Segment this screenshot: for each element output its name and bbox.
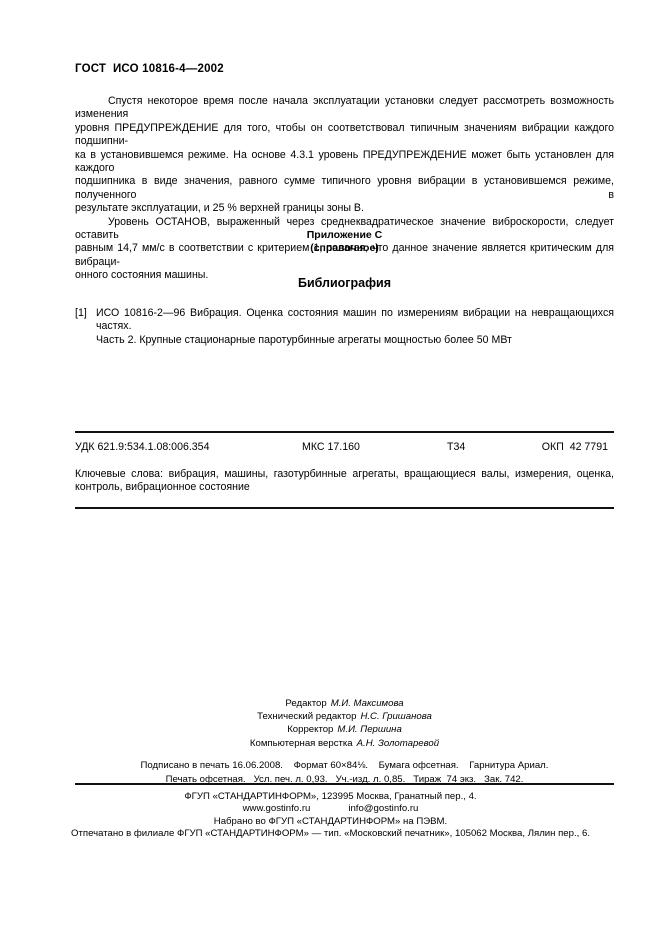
print-run-info: Подписано в печать 16.06.2008. Формат 60… <box>75 759 614 786</box>
staff-role: Технический редактор <box>257 711 356 722</box>
staff-line: Технический редакторН.С. Гришанова <box>75 710 614 723</box>
classification-row: УДК 621.9:534.1.08:006.354 МКС 17.160 Т3… <box>75 441 614 455</box>
paragraph-line: уровня ПРЕДУПРЕЖДЕНИЕ для того, чтобы он… <box>75 122 614 149</box>
paragraph: Спустя некоторое время после начала эксп… <box>75 95 614 216</box>
paragraph-line: Спустя некоторое время после начала эксп… <box>75 95 614 122</box>
editorial-staff: РедакторМ.И. Максимова Технический редак… <box>75 697 614 750</box>
publisher-address: ФГУП «СТАНДАРТИНФОРМ», 123995 Москва, Гр… <box>0 791 661 803</box>
horizontal-rule <box>75 507 614 509</box>
bibliography-line: Часть 2. Крупные стационарные паротурбин… <box>96 334 614 347</box>
appendix-title: Приложение С <box>75 229 614 242</box>
publisher-info: ФГУП «СТАНДАРТИНФОРМ», 123995 Москва, Гр… <box>0 791 661 841</box>
paragraph-line: подшипника в виде значения, равного сумм… <box>75 175 614 202</box>
paragraph-line: ка в установившемся режиме. На основе 4.… <box>75 149 614 176</box>
horizontal-rule <box>75 431 614 433</box>
staff-line: РедакторМ.И. Максимова <box>75 697 614 710</box>
keywords: Ключевые слова: вибрация, машины, газоту… <box>75 468 614 495</box>
mks-code: МКС 17.160 <box>302 441 360 453</box>
staff-role: Компьютерная верстка <box>250 738 353 749</box>
staff-name: М.И. Першина <box>337 724 401 735</box>
standard-designation: ГОСТ ИСО 10816-4—2002 <box>75 63 224 75</box>
publisher-email: info@gostinfo.ru <box>348 803 418 814</box>
okp-code: ОКП 42 7791 <box>542 441 608 453</box>
appendix-heading: Приложение С (справочное) <box>75 229 614 255</box>
bibliography-entry: [1] ИСО 10816-2—96 Вибрация. Оценка сост… <box>75 307 614 347</box>
publisher-website: www.gostinfo.ru <box>243 803 311 814</box>
publisher-printed-note: Отпечатано в филиале ФГУП «СТАНДАРТИНФОР… <box>0 828 661 840</box>
publisher-contacts: www.gostinfo.ruinfo@gostinfo.ru <box>0 803 661 815</box>
staff-name: А.Н. Золотаревой <box>357 738 439 749</box>
document-page: ГОСТ ИСО 10816-4—2002 Спустя некоторое в… <box>0 0 661 936</box>
publisher-typeset-note: Набрано во ФГУП «СТАНДАРТИНФОРМ» на ПЭВМ… <box>0 816 661 828</box>
udk-code: УДК 621.9:534.1.08:006.354 <box>75 441 209 453</box>
keywords-line: контроль, вибрационное состояние <box>75 481 614 494</box>
staff-name: Н.С. Гришанова <box>360 711 431 722</box>
staff-line: КорректорМ.И. Першина <box>75 723 614 736</box>
bibliography-heading: Библиография <box>75 276 614 290</box>
print-info-line: Подписано в печать 16.06.2008. Формат 60… <box>75 759 614 773</box>
staff-role: Корректор <box>287 724 333 735</box>
appendix-subtitle: (справочное) <box>75 242 614 255</box>
paragraph-line: результате эксплуатации, и 25 % верхней … <box>75 202 614 215</box>
bibliography-ref-text: ИСО 10816-2—96 Вибрация. Оценка состояни… <box>96 307 614 347</box>
staff-name: М.И. Максимова <box>331 698 404 709</box>
keywords-line: Ключевые слова: вибрация, машины, газоту… <box>75 468 614 481</box>
horizontal-rule <box>75 783 614 785</box>
staff-role: Редактор <box>285 698 326 709</box>
t-index: Т34 <box>447 441 465 453</box>
bibliography-ref-number: [1] <box>75 307 96 347</box>
staff-line: Компьютерная версткаА.Н. Золотаревой <box>75 737 614 750</box>
bibliography-line: ИСО 10816-2—96 Вибрация. Оценка состояни… <box>96 307 614 334</box>
